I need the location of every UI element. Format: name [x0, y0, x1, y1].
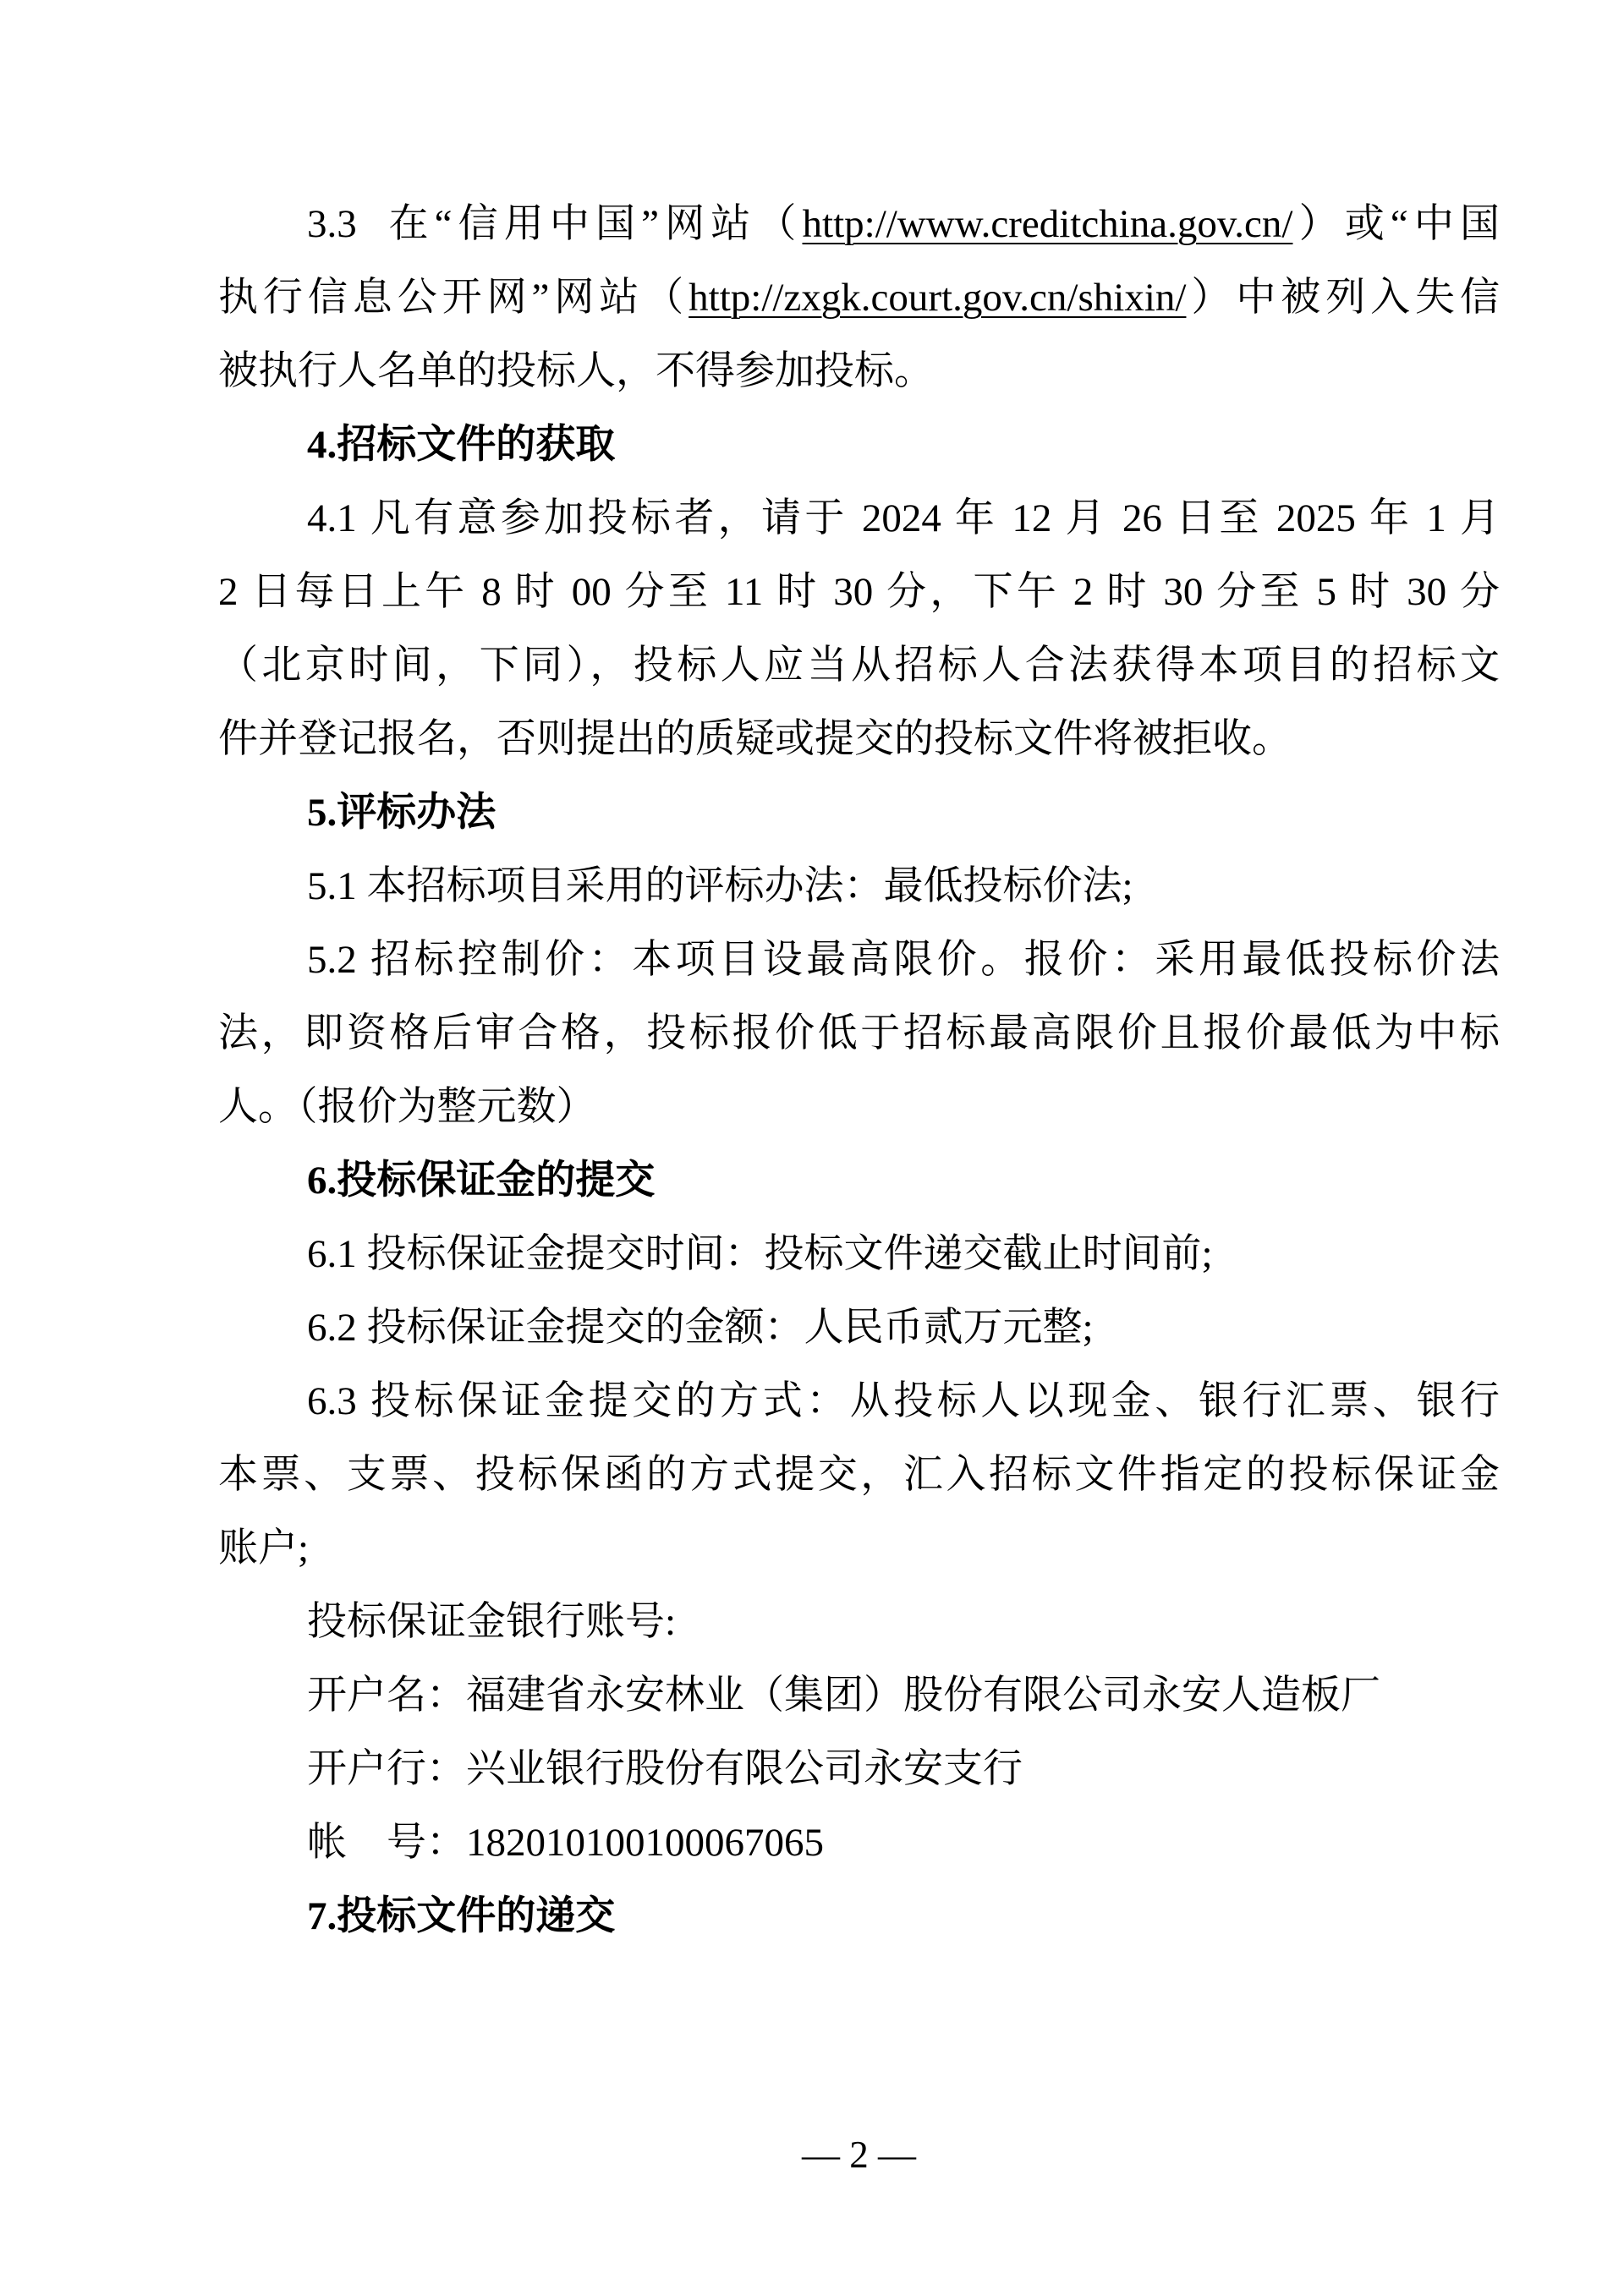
- text-segment: 件并登记报名，否则提出的质疑或提交的投标文件将被拒收。: [218, 717, 1292, 761]
- text-segment: 2 日每日上午 8 时 00 分至 11 时 30 分，下午 2 时 30 分至…: [218, 570, 1500, 614]
- paragraph-line: 帐 号：182010100100067065: [218, 1806, 1500, 1880]
- text-segment: 开户名：福建省永安林业（集团）股份有限公司永安人造板厂: [307, 1674, 1380, 1718]
- text-segment: 7.投标文件的递交: [307, 1894, 615, 1938]
- paragraph-line: 账户;: [218, 1512, 1500, 1586]
- text-segment: 法，即资格后审合格，投标报价低于招标最高限价且报价最低为中标: [218, 1011, 1500, 1055]
- text-segment: 6.3 投标保证金提交的方式：从投标人以现金、银行汇票、银行: [307, 1379, 1500, 1423]
- page-number: — 2 —: [802, 2134, 916, 2176]
- url-link[interactable]: http://www.creditchina.gov.cn/: [803, 202, 1293, 246]
- paragraph-line: 5.2 招标控制价：本项目设最高限价。报价：采用最低投标价法: [218, 923, 1500, 997]
- heading-line: 6.投标保证金的提交: [218, 1144, 1500, 1218]
- paragraph-line: 3.3 在“信用中国”网站（http://www.creditchina.gov…: [218, 188, 1500, 261]
- text-segment: （北京时间，下同），投标人应当从招标人合法获得本项目的招标文: [218, 644, 1500, 688]
- paragraph-line: （北京时间，下同），投标人应当从招标人合法获得本项目的招标文: [218, 629, 1500, 703]
- paragraph-line: 4.1 凡有意参加投标者，请于 2024 年 12 月 26 日至 2025 年…: [218, 482, 1500, 556]
- paragraph-line: 6.3 投标保证金提交的方式：从投标人以现金、银行汇票、银行: [218, 1365, 1500, 1438]
- paragraph-line: 被执行人名单的投标人，不得参加投标。: [218, 335, 1500, 408]
- paragraph-line: 法，即资格后审合格，投标报价低于招标最高限价且报价最低为中标: [218, 997, 1500, 1071]
- text-segment: 投标保证金银行账号:: [307, 1600, 676, 1644]
- text-segment: 开户行：兴业银行股份有限公司永安支行: [307, 1747, 1023, 1791]
- document-body: 3.3 在“信用中国”网站（http://www.creditchina.gov…: [218, 188, 1500, 1954]
- paragraph-line: 开户行：兴业银行股份有限公司永安支行: [218, 1733, 1500, 1806]
- document-page: 3.3 在“信用中国”网站（http://www.creditchina.gov…: [0, 0, 1624, 2296]
- paragraph-line: 执行信息公开网”网站（http://zxgk.court.gov.cn/shix…: [218, 261, 1500, 335]
- text-segment: 账户;: [218, 1526, 309, 1570]
- text-segment: 5.评标办法: [307, 791, 496, 835]
- paragraph-line: 6.2 投标保证金提交的金额：人民币贰万元整;: [218, 1291, 1500, 1365]
- text-segment: ）或“中国: [1292, 202, 1500, 246]
- heading-line: 7.投标文件的递交: [218, 1880, 1500, 1954]
- paragraph-line: 2 日每日上午 8 时 00 分至 11 时 30 分，下午 2 时 30 分至…: [218, 556, 1500, 629]
- text-segment: 人。（报价为整元数）: [218, 1085, 596, 1129]
- text-segment: 4.1 凡有意参加投标者，请于 2024 年 12 月 26 日至 2025 年…: [307, 496, 1500, 540]
- page-footer: — 2 —: [218, 2118, 1500, 2192]
- text-segment: 5.2 招标控制价：本项目设最高限价。报价：采用最低投标价法: [307, 938, 1500, 982]
- text-segment: 5.1 本招标项目采用的评标办法：最低投标价法;: [307, 864, 1133, 908]
- paragraph-line: 人。（报价为整元数）: [218, 1071, 1500, 1144]
- text-segment: 3.3 在“信用中国”网站（: [307, 202, 803, 246]
- paragraph-line: 投标保证金银行账号:: [218, 1586, 1500, 1659]
- paragraph-line: 本票、支票、投标保函的方式提交，汇入招标文件指定的投标保证金: [218, 1438, 1500, 1512]
- paragraph-line: 5.1 本招标项目采用的评标办法：最低投标价法;: [218, 850, 1500, 923]
- heading-line: 5.评标办法: [218, 776, 1500, 850]
- url-link[interactable]: http://zxgk.court.gov.cn/shixin/: [689, 276, 1186, 320]
- text-segment: 6.1 投标保证金提交时间：投标文件递交截止时间前;: [307, 1232, 1213, 1276]
- text-segment: 6.2 投标保证金提交的金额：人民币贰万元整;: [307, 1306, 1094, 1350]
- paragraph-line: 6.1 投标保证金提交时间：投标文件递交截止时间前;: [218, 1218, 1500, 1291]
- text-segment: ）中被列入失信: [1186, 276, 1500, 320]
- paragraph-line: 开户名：福建省永安林业（集团）股份有限公司永安人造板厂: [218, 1659, 1500, 1733]
- text-segment: 4.招标文件的获取: [307, 423, 615, 467]
- text-segment: 被执行人名单的投标人，不得参加投标。: [218, 349, 934, 393]
- text-segment: 6.投标保证金的提交: [307, 1159, 655, 1203]
- text-segment: 执行信息公开网”网站（: [218, 276, 689, 320]
- text-segment: 帐 号：182010100100067065: [307, 1821, 824, 1865]
- text-segment: 本票、支票、投标保函的方式提交，汇入招标文件指定的投标保证金: [218, 1453, 1500, 1497]
- heading-line: 4.招标文件的获取: [218, 408, 1500, 482]
- paragraph-line: 件并登记报名，否则提出的质疑或提交的投标文件将被拒收。: [218, 703, 1500, 776]
